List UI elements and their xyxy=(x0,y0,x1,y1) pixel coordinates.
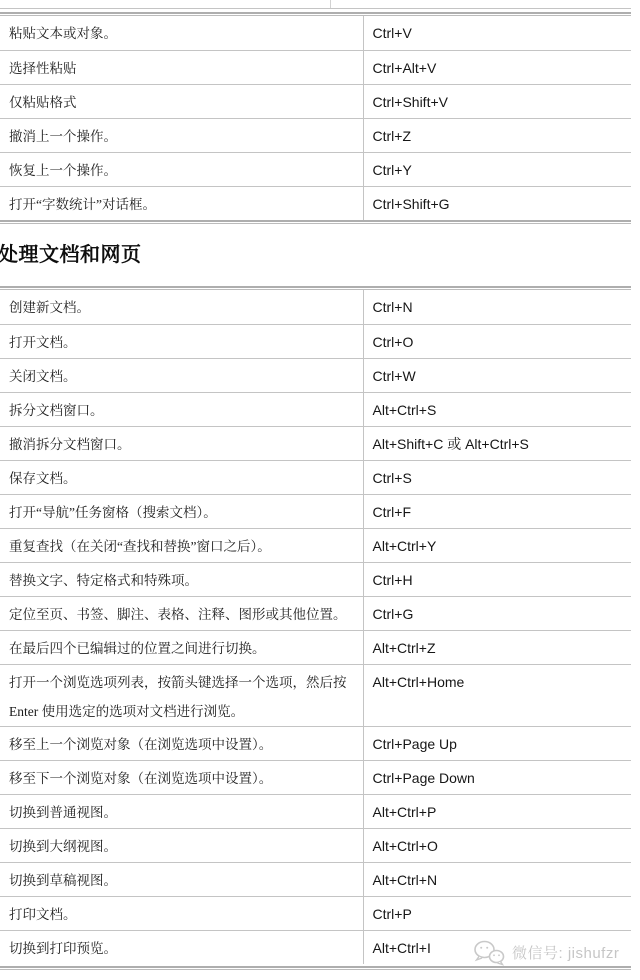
shortcut-description: 撤消拆分文档窗口。 xyxy=(0,426,363,460)
shortcut-keys: Alt+Ctrl+Z xyxy=(363,630,631,664)
shortcut-description: 切换到大纲视图。 xyxy=(0,828,363,862)
shortcut-row: 打印文档。 Ctrl+P xyxy=(0,896,631,930)
document-page: 粘贴文本或对象。 Ctrl+V 选择性粘贴 Ctrl+Alt+V 仅粘贴格式 C… xyxy=(0,0,640,980)
shortcut-row: 保存文档。 Ctrl+S xyxy=(0,460,631,494)
wechat-icon xyxy=(473,939,505,966)
shortcut-description: 创建新文档。 xyxy=(0,290,363,324)
watermark: 微信号: jishufzr xyxy=(473,938,619,966)
shortcut-row: 切换到普通视图。 Alt+Ctrl+P xyxy=(0,794,631,828)
shortcut-keys: Alt+Ctrl+P xyxy=(363,794,631,828)
shortcut-row: 打开文档。 Ctrl+O xyxy=(0,324,631,358)
shortcut-description: 打开文档。 xyxy=(0,324,363,358)
shortcut-keys: Alt+Ctrl+S xyxy=(363,392,631,426)
shortcut-description: 打开一个浏览选项列表，按箭头键选择一个选项，然后按 Enter 使用选定的选项对… xyxy=(0,664,363,726)
shortcut-description: 打开“导航”任务窗格（搜索文档）。 xyxy=(0,494,363,528)
shortcut-table-edit: 粘贴文本或对象。 Ctrl+V 选择性粘贴 Ctrl+Alt+V 仅粘贴格式 C… xyxy=(0,16,631,220)
shortcut-description: 仅粘贴格式 xyxy=(0,84,363,118)
shortcut-keys: Ctrl+Page Up xyxy=(363,726,631,760)
edit-table-bottom-border xyxy=(0,220,631,224)
shortcut-description: 切换到草稿视图。 xyxy=(0,862,363,896)
shortcut-row: 选择性粘贴 Ctrl+Alt+V xyxy=(0,50,631,84)
shortcut-keys: Ctrl+Page Down xyxy=(363,760,631,794)
shortcut-description: 关闭文档。 xyxy=(0,358,363,392)
shortcut-description: 撤消上一个操作。 xyxy=(0,118,363,152)
previous-table-row-border xyxy=(0,8,631,9)
shortcut-row: 粘贴文本或对象。 Ctrl+V xyxy=(0,16,631,50)
shortcut-keys: Ctrl+V xyxy=(363,16,631,50)
shortcut-row: 移至上一个浏览对象（在浏览选项中设置）。 Ctrl+Page Up xyxy=(0,726,631,760)
shortcut-row: 打开“导航”任务窗格（搜索文档）。 Ctrl+F xyxy=(0,494,631,528)
shortcut-description: 重复查找（在关闭“查找和替换”窗口之后）。 xyxy=(0,528,363,562)
shortcut-keys: Alt+Shift+C 或 Alt+Ctrl+S xyxy=(363,426,631,460)
shortcut-table-documents: 创建新文档。 Ctrl+N 打开文档。 Ctrl+O 关闭文档。 Ctrl+W … xyxy=(0,290,631,964)
shortcut-keys: Alt+Ctrl+Y xyxy=(363,528,631,562)
shortcut-description: 替换文字、特定格式和特殊项。 xyxy=(0,562,363,596)
shortcut-description: 拆分文档窗口。 xyxy=(0,392,363,426)
shortcut-keys: Ctrl+N xyxy=(363,290,631,324)
section-header: 处理文档和网页 xyxy=(0,238,142,267)
shortcut-row: 切换到大纲视图。 Alt+Ctrl+O xyxy=(0,828,631,862)
shortcut-keys: Ctrl+S xyxy=(363,460,631,494)
shortcut-description: 切换到普通视图。 xyxy=(0,794,363,828)
shortcut-keys: Alt+Ctrl+N xyxy=(363,862,631,896)
shortcut-row: 在最后四个已编辑过的位置之间进行切换。 Alt+Ctrl+Z xyxy=(0,630,631,664)
shortcut-row: 仅粘贴格式 Ctrl+Shift+V xyxy=(0,84,631,118)
document-table-bottom-border xyxy=(0,966,631,970)
shortcut-row: 恢复上一个操作。 Ctrl+Y xyxy=(0,152,631,186)
shortcut-row: 打开“字数统计”对话框。 Ctrl+Shift+G xyxy=(0,186,631,220)
shortcut-keys: Alt+Ctrl+O xyxy=(363,828,631,862)
shortcut-description: 切换到打印预览。 xyxy=(0,930,363,964)
shortcut-row: 移至下一个浏览对象（在浏览选项中设置）。 Ctrl+Page Down xyxy=(0,760,631,794)
shortcut-description: 移至下一个浏览对象（在浏览选项中设置）。 xyxy=(0,760,363,794)
shortcut-row: 撤消拆分文档窗口。 Alt+Shift+C 或 Alt+Ctrl+S xyxy=(0,426,631,460)
shortcut-row: 拆分文档窗口。 Alt+Ctrl+S xyxy=(0,392,631,426)
shortcut-keys: Ctrl+Shift+G xyxy=(363,186,631,220)
watermark-label: 微信号: jishufzr xyxy=(512,942,619,963)
shortcut-row: 关闭文档。 Ctrl+W xyxy=(0,358,631,392)
shortcut-keys: Ctrl+G xyxy=(363,596,631,630)
shortcut-keys: Ctrl+H xyxy=(363,562,631,596)
shortcut-keys: Ctrl+O xyxy=(363,324,631,358)
shortcut-description: 打开“字数统计”对话框。 xyxy=(0,186,363,220)
shortcut-keys: Ctrl+W xyxy=(363,358,631,392)
shortcut-description: 在最后四个已编辑过的位置之间进行切换。 xyxy=(0,630,363,664)
shortcut-keys: Ctrl+Shift+V xyxy=(363,84,631,118)
shortcut-row: 重复查找（在关闭“查找和替换”窗口之后）。 Alt+Ctrl+Y xyxy=(0,528,631,562)
shortcut-description: 粘贴文本或对象。 xyxy=(0,16,363,50)
shortcut-row: 定位至页、书签、脚注、表格、注释、图形或其他位置。 Ctrl+G xyxy=(0,596,631,630)
shortcut-row: 撤消上一个操作。 Ctrl+Z xyxy=(0,118,631,152)
shortcut-description: 恢复上一个操作。 xyxy=(0,152,363,186)
shortcut-row: 切换到草稿视图。 Alt+Ctrl+N xyxy=(0,862,631,896)
shortcut-row: 创建新文档。 Ctrl+N xyxy=(0,290,631,324)
shortcut-description: 保存文档。 xyxy=(0,460,363,494)
shortcut-keys: Alt+Ctrl+Home xyxy=(363,664,631,726)
shortcut-row: 替换文字、特定格式和特殊项。 Ctrl+H xyxy=(0,562,631,596)
shortcut-keys: Ctrl+F xyxy=(363,494,631,528)
shortcut-description: 打印文档。 xyxy=(0,896,363,930)
shortcut-keys: Ctrl+Y xyxy=(363,152,631,186)
shortcut-description: 定位至页、书签、脚注、表格、注释、图形或其他位置。 xyxy=(0,596,363,630)
shortcut-description: 选择性粘贴 xyxy=(0,50,363,84)
shortcut-keys: Ctrl+Z xyxy=(363,118,631,152)
shortcut-keys: Ctrl+P xyxy=(363,896,631,930)
previous-table-column-divider xyxy=(330,0,331,8)
shortcut-row: 打开一个浏览选项列表，按箭头键选择一个选项，然后按 Enter 使用选定的选项对… xyxy=(0,664,631,726)
shortcut-description: 移至上一个浏览对象（在浏览选项中设置）。 xyxy=(0,726,363,760)
shortcut-keys: Ctrl+Alt+V xyxy=(363,50,631,84)
